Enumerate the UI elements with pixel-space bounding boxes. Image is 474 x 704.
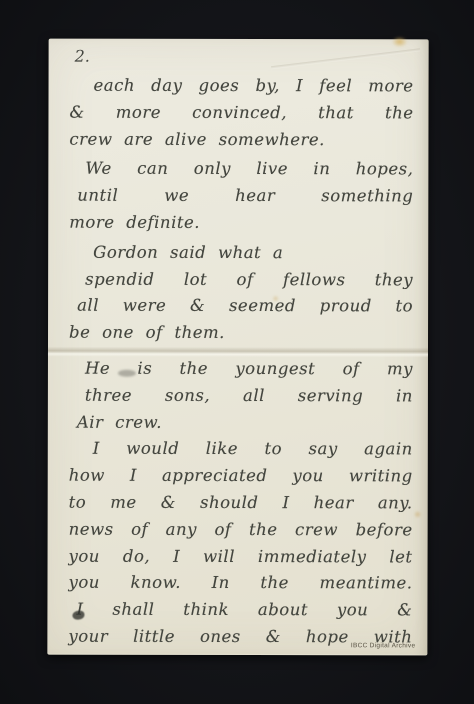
letter-line: We can only live in hopes, xyxy=(85,159,413,186)
paper-wrinkle xyxy=(271,48,420,69)
letter-line: to me & should I hear any. xyxy=(69,493,413,521)
letter-page: 2. each day goes by, I feel more & more … xyxy=(47,39,428,656)
letter-line: Gordon said what a xyxy=(93,242,413,269)
letter-line: your little ones & hope with xyxy=(68,627,412,655)
letter-line: three sons, all serving in xyxy=(85,385,413,412)
letter-line: how I appreciated you writing xyxy=(69,466,413,494)
page-number: 2. xyxy=(75,47,90,66)
letter-line: Air crew. xyxy=(77,412,413,440)
letter-text: each day goes by, I feel more & more con… xyxy=(68,76,413,654)
letter-line: all were & seemed proud to xyxy=(77,296,413,324)
letter-line: you do, I will immediately let xyxy=(69,546,413,574)
letter-line: each day goes by, I feel more xyxy=(94,76,414,103)
letter-line: I shall think about you & xyxy=(76,600,412,628)
letter-line: spendid lot of fellows they xyxy=(85,269,413,296)
letter-line: be one of them. xyxy=(69,323,413,351)
letter-line: crew are alive somewhere. xyxy=(69,129,413,157)
letter-line: more definite. xyxy=(69,213,413,241)
scan-background: 2. each day goes by, I feel more & more … xyxy=(0,0,474,704)
letter-line: He is the youngest of my xyxy=(85,359,413,386)
letter-line: until we hear something xyxy=(77,186,413,214)
letter-line: I would like to say again xyxy=(93,439,413,466)
paper-stain xyxy=(414,510,422,518)
archive-watermark: IBCC Digital Archive xyxy=(351,642,416,649)
letter-line: & more convinced, that the xyxy=(69,102,413,130)
paper-stain xyxy=(392,36,408,47)
letter-line: news of any of the crew before xyxy=(69,519,413,547)
letter-line: you know. In the meantime. xyxy=(68,573,412,601)
